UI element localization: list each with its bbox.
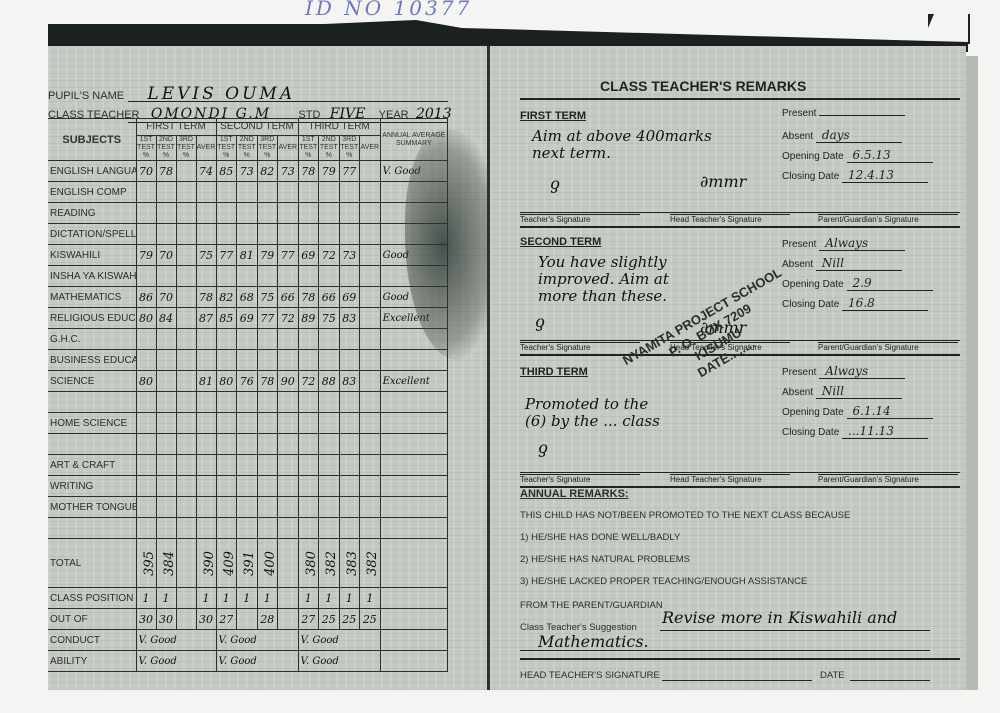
mark-cell (176, 413, 196, 434)
mark-cell (176, 287, 196, 308)
conduct-label: CONDUCT (48, 630, 136, 651)
mark-cell: 78 (257, 371, 278, 392)
mark-cell (319, 224, 340, 245)
conduct-value: V. Good (136, 630, 216, 651)
pupil-name-label: PUPIL'S NAME (48, 90, 124, 102)
table-row: ENGLISH LANGUAGE70787485738273787977V. G… (48, 161, 448, 182)
mark-cell (339, 434, 360, 455)
blank-cell (339, 518, 360, 539)
mark-cell (216, 497, 237, 518)
closing-date-value: 16.8 (842, 296, 928, 311)
mark-cell (156, 497, 176, 518)
mark-cell (339, 392, 360, 413)
remark-line: You have slightly (538, 254, 669, 271)
mark-cell (156, 224, 176, 245)
mark-cell (257, 497, 278, 518)
absent-label: Absent (782, 387, 813, 398)
mark-cell: 82 (257, 161, 278, 182)
mark-cell: 72 (278, 308, 299, 329)
mark-value: 30 (159, 613, 173, 626)
mark-cell (257, 329, 278, 350)
sub-header: 2ND TEST % (156, 136, 176, 161)
mark-cell (278, 329, 299, 350)
parent-signature-label: Parent/Guardian's Signature (818, 342, 958, 352)
mark-cell (176, 609, 196, 630)
mark-value: 1 (325, 592, 332, 605)
mark-cell: 72 (319, 245, 340, 266)
first-term-signature-row: Teacher's Signature Head Teacher's Signa… (520, 212, 960, 225)
mark-cell (360, 308, 381, 329)
mark-cell (156, 203, 176, 224)
mark-cell: 70 (156, 287, 176, 308)
out-of-row: OUT OF303030272827252525 (48, 609, 448, 630)
mark-cell (156, 413, 176, 434)
mark-cell (196, 203, 216, 224)
blank-cell (278, 518, 299, 539)
mark-cell: 76 (237, 371, 258, 392)
mark-value: 409 (221, 551, 236, 576)
table-row: DICTATION/SPELLING (48, 224, 448, 245)
mark-cell (136, 203, 156, 224)
table-row: RELIGIOUS EDUCAT80848785697772897583Exce… (48, 308, 448, 329)
subject-name: HOME SCIENCE (48, 413, 136, 434)
table-row: MOTHER TONGUE (48, 497, 448, 518)
subject-name (48, 434, 136, 455)
present-value: Always (819, 236, 905, 251)
opening-date-label: Opening Date (782, 407, 844, 418)
mark-cell: 74 (196, 161, 216, 182)
mark-cell: 78 (156, 161, 176, 182)
annual-summary (380, 455, 447, 476)
sub-header: 3RD TEST % (257, 136, 278, 161)
mark-value: 25 (322, 613, 336, 626)
blank-cell (257, 518, 278, 539)
mark-cell: 78 (298, 287, 319, 308)
subject-name: KISWAHILI (48, 245, 136, 266)
blank-cell (380, 518, 447, 539)
mark-cell (176, 329, 196, 350)
report-card-right-page: CLASS TEACHER'S REMARKS FIRST TERM Aim a… (490, 46, 966, 690)
mark-cell (237, 434, 258, 455)
subject-name: ENGLISH LANGUAGE (48, 161, 136, 182)
mark-cell (176, 476, 196, 497)
mark-cell: 85 (216, 308, 237, 329)
mark-cell (176, 539, 196, 588)
absent-value: days (816, 128, 902, 143)
mark-cell (319, 455, 340, 476)
mark-cell (360, 413, 381, 434)
mark-cell (278, 497, 299, 518)
mark-cell (237, 203, 258, 224)
closing-date-label: Closing Date (782, 171, 839, 182)
closing-date-label: Closing Date (782, 427, 839, 438)
mark-cell (360, 455, 381, 476)
mark-cell: 73 (339, 245, 360, 266)
mark-cell (278, 476, 299, 497)
mark-cell (360, 224, 381, 245)
mark-cell (216, 203, 237, 224)
subject-name: DICTATION/SPELLING (48, 224, 136, 245)
mark-cell (176, 161, 196, 182)
mark-cell: 78 (196, 287, 216, 308)
mark-cell (339, 413, 360, 434)
mark-cell: 395 (136, 539, 156, 588)
mark-cell: 382 (319, 539, 340, 588)
blank-cell (380, 651, 447, 672)
head-signature-label: Head Teacher's Signature (670, 474, 790, 484)
absent-value: Nill (816, 384, 902, 399)
mark-cell: 1 (257, 588, 278, 609)
mark-cell (156, 371, 176, 392)
mark-value: 384 (161, 551, 176, 576)
mark-cell (298, 455, 319, 476)
mark-cell (360, 371, 381, 392)
mark-cell: 85 (216, 161, 237, 182)
table-row: BUSINESS EDUCAT (48, 350, 448, 371)
mark-cell: 69 (339, 287, 360, 308)
mark-cell (360, 350, 381, 371)
page-corner (928, 14, 970, 44)
remark-line: Promoted to the (525, 396, 660, 413)
mark-cell (216, 455, 237, 476)
table-row: MATHEMATICS86707882687566786669Good (48, 287, 448, 308)
blank-cell (380, 630, 447, 651)
mark-cell (257, 413, 278, 434)
present-value: Always (819, 364, 905, 379)
absent-label: Absent (782, 259, 813, 270)
mark-cell (298, 476, 319, 497)
mark-value: 382 (365, 551, 380, 576)
opening-date-label: Opening Date (782, 151, 844, 162)
opening-date-value: 2.9 (847, 276, 933, 291)
mark-cell (298, 203, 319, 224)
mark-cell: 1 (237, 588, 258, 609)
remark-line: Aim at above 400marks (532, 128, 712, 145)
mark-cell (176, 371, 196, 392)
teacher-signature-label: Teacher's Signature (520, 342, 640, 352)
absent-value: Nill (816, 256, 902, 271)
mark-cell (136, 497, 156, 518)
mark-cell (196, 413, 216, 434)
id-number: ID NO 10377 (305, 0, 472, 20)
out-of-label: OUT OF (48, 609, 136, 630)
mark-cell (176, 455, 196, 476)
third-term-attendance: Present Always Absent Nill Opening Date … (782, 364, 933, 444)
mark-cell: 27 (298, 609, 319, 630)
underline (520, 650, 930, 651)
subject-name: G.H.C. (48, 329, 136, 350)
mark-cell (319, 434, 340, 455)
mark-cell (136, 266, 156, 287)
sub-header: AVER (360, 136, 381, 161)
mark-cell (237, 224, 258, 245)
mark-cell: 73 (278, 161, 299, 182)
mark-value: 1 (163, 592, 170, 605)
mark-cell: 81 (196, 371, 216, 392)
annual-summary (380, 350, 447, 371)
mark-cell: 68 (237, 287, 258, 308)
present-label: Present (782, 239, 816, 250)
mark-cell: 75 (257, 287, 278, 308)
first-term-header: FIRST TERM (136, 119, 216, 136)
subjects-header: SUBJECTS (48, 119, 136, 161)
mark-value: 390 (201, 551, 216, 576)
mark-value: 382 (324, 551, 339, 576)
remark-line: more than these. (538, 288, 669, 305)
mark-cell (278, 609, 299, 630)
mark-cell: 75 (319, 308, 340, 329)
mark-cell: 72 (298, 371, 319, 392)
underline (128, 101, 448, 102)
mark-cell (339, 203, 360, 224)
mark-cell (278, 224, 299, 245)
mark-cell: 25 (360, 609, 381, 630)
mark-cell: 73 (237, 161, 258, 182)
present-value (819, 115, 905, 116)
sub-header: 1ST TEST % (136, 136, 156, 161)
divider (520, 226, 960, 228)
mark-cell (360, 266, 381, 287)
mark-cell (298, 497, 319, 518)
subject-name: ART & CRAFT (48, 455, 136, 476)
mark-cell (196, 182, 216, 203)
head-signature-mark: ∂mmr (700, 172, 746, 191)
mark-cell (237, 455, 258, 476)
table-row: WRITING (48, 476, 448, 497)
mark-cell: 400 (257, 539, 278, 588)
annual-summary: Excellent (380, 371, 447, 392)
mark-cell (216, 413, 237, 434)
mark-cell (257, 266, 278, 287)
mark-cell (136, 392, 156, 413)
mark-cell (360, 245, 381, 266)
mark-cell (237, 182, 258, 203)
mark-cell (339, 329, 360, 350)
mark-value: 27 (219, 613, 233, 626)
subject-name: INSHA YA KISWAHILI (48, 266, 136, 287)
mark-cell (156, 329, 176, 350)
mark-value: 1 (366, 592, 373, 605)
teacher-signature-label: Teacher's Signature (520, 474, 640, 484)
table-row: G.H.C. (48, 329, 448, 350)
mark-value: 1 (346, 592, 353, 605)
mark-value: 28 (260, 613, 274, 626)
blank-cell (176, 518, 196, 539)
mark-value: 27 (301, 613, 315, 626)
mark-value: 400 (262, 551, 277, 576)
mark-cell: 1 (136, 588, 156, 609)
class-position-row: CLASS POSITION1111111111 (48, 588, 448, 609)
mark-cell: 80 (136, 371, 156, 392)
mark-cell: 87 (196, 308, 216, 329)
subject-name: RELIGIOUS EDUCAT (48, 308, 136, 329)
mark-cell (257, 455, 278, 476)
second-term-attendance: Present Always Absent Nill Opening Date … (782, 236, 933, 316)
mark-cell: 79 (257, 245, 278, 266)
mark-cell: 89 (298, 308, 319, 329)
mark-cell: 79 (319, 161, 340, 182)
mark-cell (237, 609, 258, 630)
mark-cell: 30 (136, 609, 156, 630)
mark-cell (319, 329, 340, 350)
mark-cell: 70 (136, 161, 156, 182)
first-term-attendance: Present Absent days Opening Date 6.5.13 … (782, 108, 933, 188)
mark-cell (360, 329, 381, 350)
ability-label: ABILITY (48, 651, 136, 672)
mark-cell: 81 (237, 245, 258, 266)
remark-line: improved. Aim at (538, 271, 669, 288)
mark-cell (196, 476, 216, 497)
mark-cell: 30 (156, 609, 176, 630)
teacher-signature-mark: ƍ (535, 312, 545, 331)
mark-cell (298, 392, 319, 413)
mark-cell (216, 350, 237, 371)
mark-cell (278, 266, 299, 287)
total-row: TOTAL395384390409391400380382383382 (48, 539, 448, 588)
blank-cell (196, 518, 216, 539)
mark-cell (257, 182, 278, 203)
mark-cell (156, 455, 176, 476)
blank-cell (380, 609, 447, 630)
reason-1: 1) HE/SHE HAS DONE WELL/BADLY (520, 532, 680, 543)
subject-name: ENGLISH COMP (48, 182, 136, 203)
mark-cell: 90 (278, 371, 299, 392)
remarks-title: CLASS TEACHER'S REMARKS (600, 78, 806, 94)
mark-cell (136, 413, 156, 434)
sub-header: AVER (278, 136, 299, 161)
sub-header: 1ST TEST % (298, 136, 319, 161)
mark-cell (298, 266, 319, 287)
subject-name: MATHEMATICS (48, 287, 136, 308)
mark-value: 25 (342, 613, 356, 626)
sub-header: 3RD TEST % (176, 136, 196, 161)
mark-cell (360, 392, 381, 413)
mark-cell (156, 476, 176, 497)
mark-cell (196, 392, 216, 413)
sub-header: AVER (196, 136, 216, 161)
mark-cell (319, 266, 340, 287)
mark-cell: 70 (156, 245, 176, 266)
mark-cell (339, 224, 360, 245)
mark-cell (319, 476, 340, 497)
mark-cell: 69 (298, 245, 319, 266)
mark-cell (237, 497, 258, 518)
mark-cell (257, 434, 278, 455)
mark-cell (196, 497, 216, 518)
total-label: TOTAL (48, 539, 136, 588)
annual-summary (380, 476, 447, 497)
mark-cell (237, 350, 258, 371)
mark-cell (176, 266, 196, 287)
mark-cell (339, 455, 360, 476)
mark-cell: 1 (339, 588, 360, 609)
signature-line (662, 680, 812, 681)
table-row: ART & CRAFT (48, 455, 448, 476)
blank-cell (380, 588, 447, 609)
mark-cell (360, 497, 381, 518)
teacher-signature-label: Teacher's Signature (520, 214, 640, 224)
annual-summary (380, 434, 447, 455)
second-term-heading: SECOND TERM (520, 236, 601, 248)
table-row: INSHA YA KISWAHILI (48, 266, 448, 287)
report-card-left-page: PUPIL'S NAME LEVIS OUMA CLASS TEACHER OM… (48, 46, 488, 690)
mark-cell (176, 392, 196, 413)
mark-cell (360, 203, 381, 224)
mark-cell (176, 350, 196, 371)
mark-cell (216, 182, 237, 203)
second-term-remark: You have slightly improved. Aim at more … (538, 254, 669, 305)
table-row: SCIENCE808180767890728883Excellent (48, 371, 448, 392)
mark-cell: 86 (136, 287, 156, 308)
opening-date-value: 6.1.14 (847, 404, 933, 419)
head-signature-label: Head Teacher's Signature (670, 214, 790, 224)
ability-value: V. Good (298, 651, 380, 672)
subject-name: SCIENCE (48, 371, 136, 392)
table-row (48, 392, 448, 413)
conduct-value: V. Good (216, 630, 298, 651)
subject-name: WRITING (48, 476, 136, 497)
subject-name (48, 392, 136, 413)
mark-cell (319, 182, 340, 203)
mark-cell (298, 350, 319, 371)
blank-cell (319, 518, 340, 539)
mark-cell (278, 392, 299, 413)
mark-cell (360, 161, 381, 182)
absent-label: Absent (782, 131, 813, 142)
mark-cell: 1 (319, 588, 340, 609)
mark-value: 395 (141, 551, 156, 576)
third-term-signature-row: Teacher's Signature Head Teacher's Signa… (520, 472, 960, 485)
mark-cell: 77 (278, 245, 299, 266)
ability-value: V. Good (136, 651, 216, 672)
second-term-header: SECOND TERM (216, 119, 298, 136)
mark-cell: 66 (319, 287, 340, 308)
class-position-label: CLASS POSITION (48, 588, 136, 609)
mark-cell (176, 588, 196, 609)
mark-cell: 84 (156, 308, 176, 329)
mark-cell (319, 392, 340, 413)
sub-header: 3RD TEST % (339, 136, 360, 161)
marks-table: SUBJECTS FIRST TERM SECOND TERM THIRD TE… (48, 118, 448, 672)
parent-signature-label: Parent/Guardian's Signature (818, 474, 958, 484)
sub-header: 1ST TEST % (216, 136, 237, 161)
mark-cell (298, 329, 319, 350)
mark-cell (278, 434, 299, 455)
suggestion-line-2: Mathematics. (538, 632, 649, 651)
blank-cell (360, 518, 381, 539)
first-term-heading: FIRST TERM (520, 110, 586, 122)
mark-cell: 27 (216, 609, 237, 630)
mark-cell: 25 (339, 609, 360, 630)
mark-value: 1 (203, 592, 210, 605)
mark-cell: 66 (278, 287, 299, 308)
subject-name: READING (48, 203, 136, 224)
closing-date-value: ...11.13 (842, 424, 928, 439)
mark-cell: 77 (216, 245, 237, 266)
annual-remarks-heading: ANNUAL REMARKS: (520, 488, 629, 500)
mark-cell (339, 476, 360, 497)
third-term-heading: THIRD TERM (520, 366, 588, 378)
mark-cell: 384 (156, 539, 176, 588)
mark-cell (176, 434, 196, 455)
subject-name: BUSINESS EDUCAT (48, 350, 136, 371)
mark-cell (216, 266, 237, 287)
mark-cell (298, 182, 319, 203)
mark-cell (196, 224, 216, 245)
mark-cell (257, 203, 278, 224)
mark-cell (156, 434, 176, 455)
present-label: Present (782, 367, 816, 378)
